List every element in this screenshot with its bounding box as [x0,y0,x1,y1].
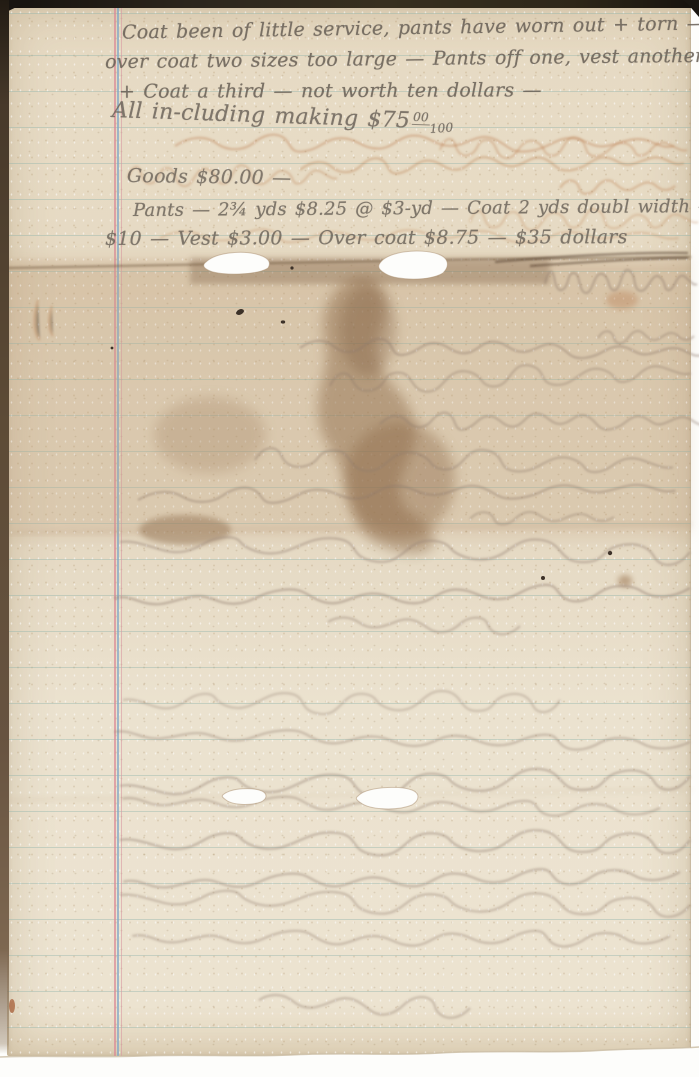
scan-edge-top [0,0,699,8]
fraction-denominator: 100 [429,120,454,136]
fraction-numerator: 00 [412,110,430,126]
handwriting-line-6: Pants — 2¾ yds $8.25 @ $3-yd — Coat 2 yd… [133,196,699,221]
scan-edge-left [0,0,9,1054]
bleed-through-bottom [114,532,690,1019]
damage-and-bleedthrough-overlay [0,0,699,1077]
cents-fraction: 00100 [412,117,454,133]
scanned-letter-page: Coat been of little service, pants have … [0,0,699,1077]
handwriting-line-5: Goods $80.00 — [127,165,292,189]
handwriting-line-3: + Coat a third — not worth ten dollars — [119,79,542,102]
handwriting-line-7: $10 — Vest $3.00 — Over coat $8.75 — $35… [105,226,628,250]
